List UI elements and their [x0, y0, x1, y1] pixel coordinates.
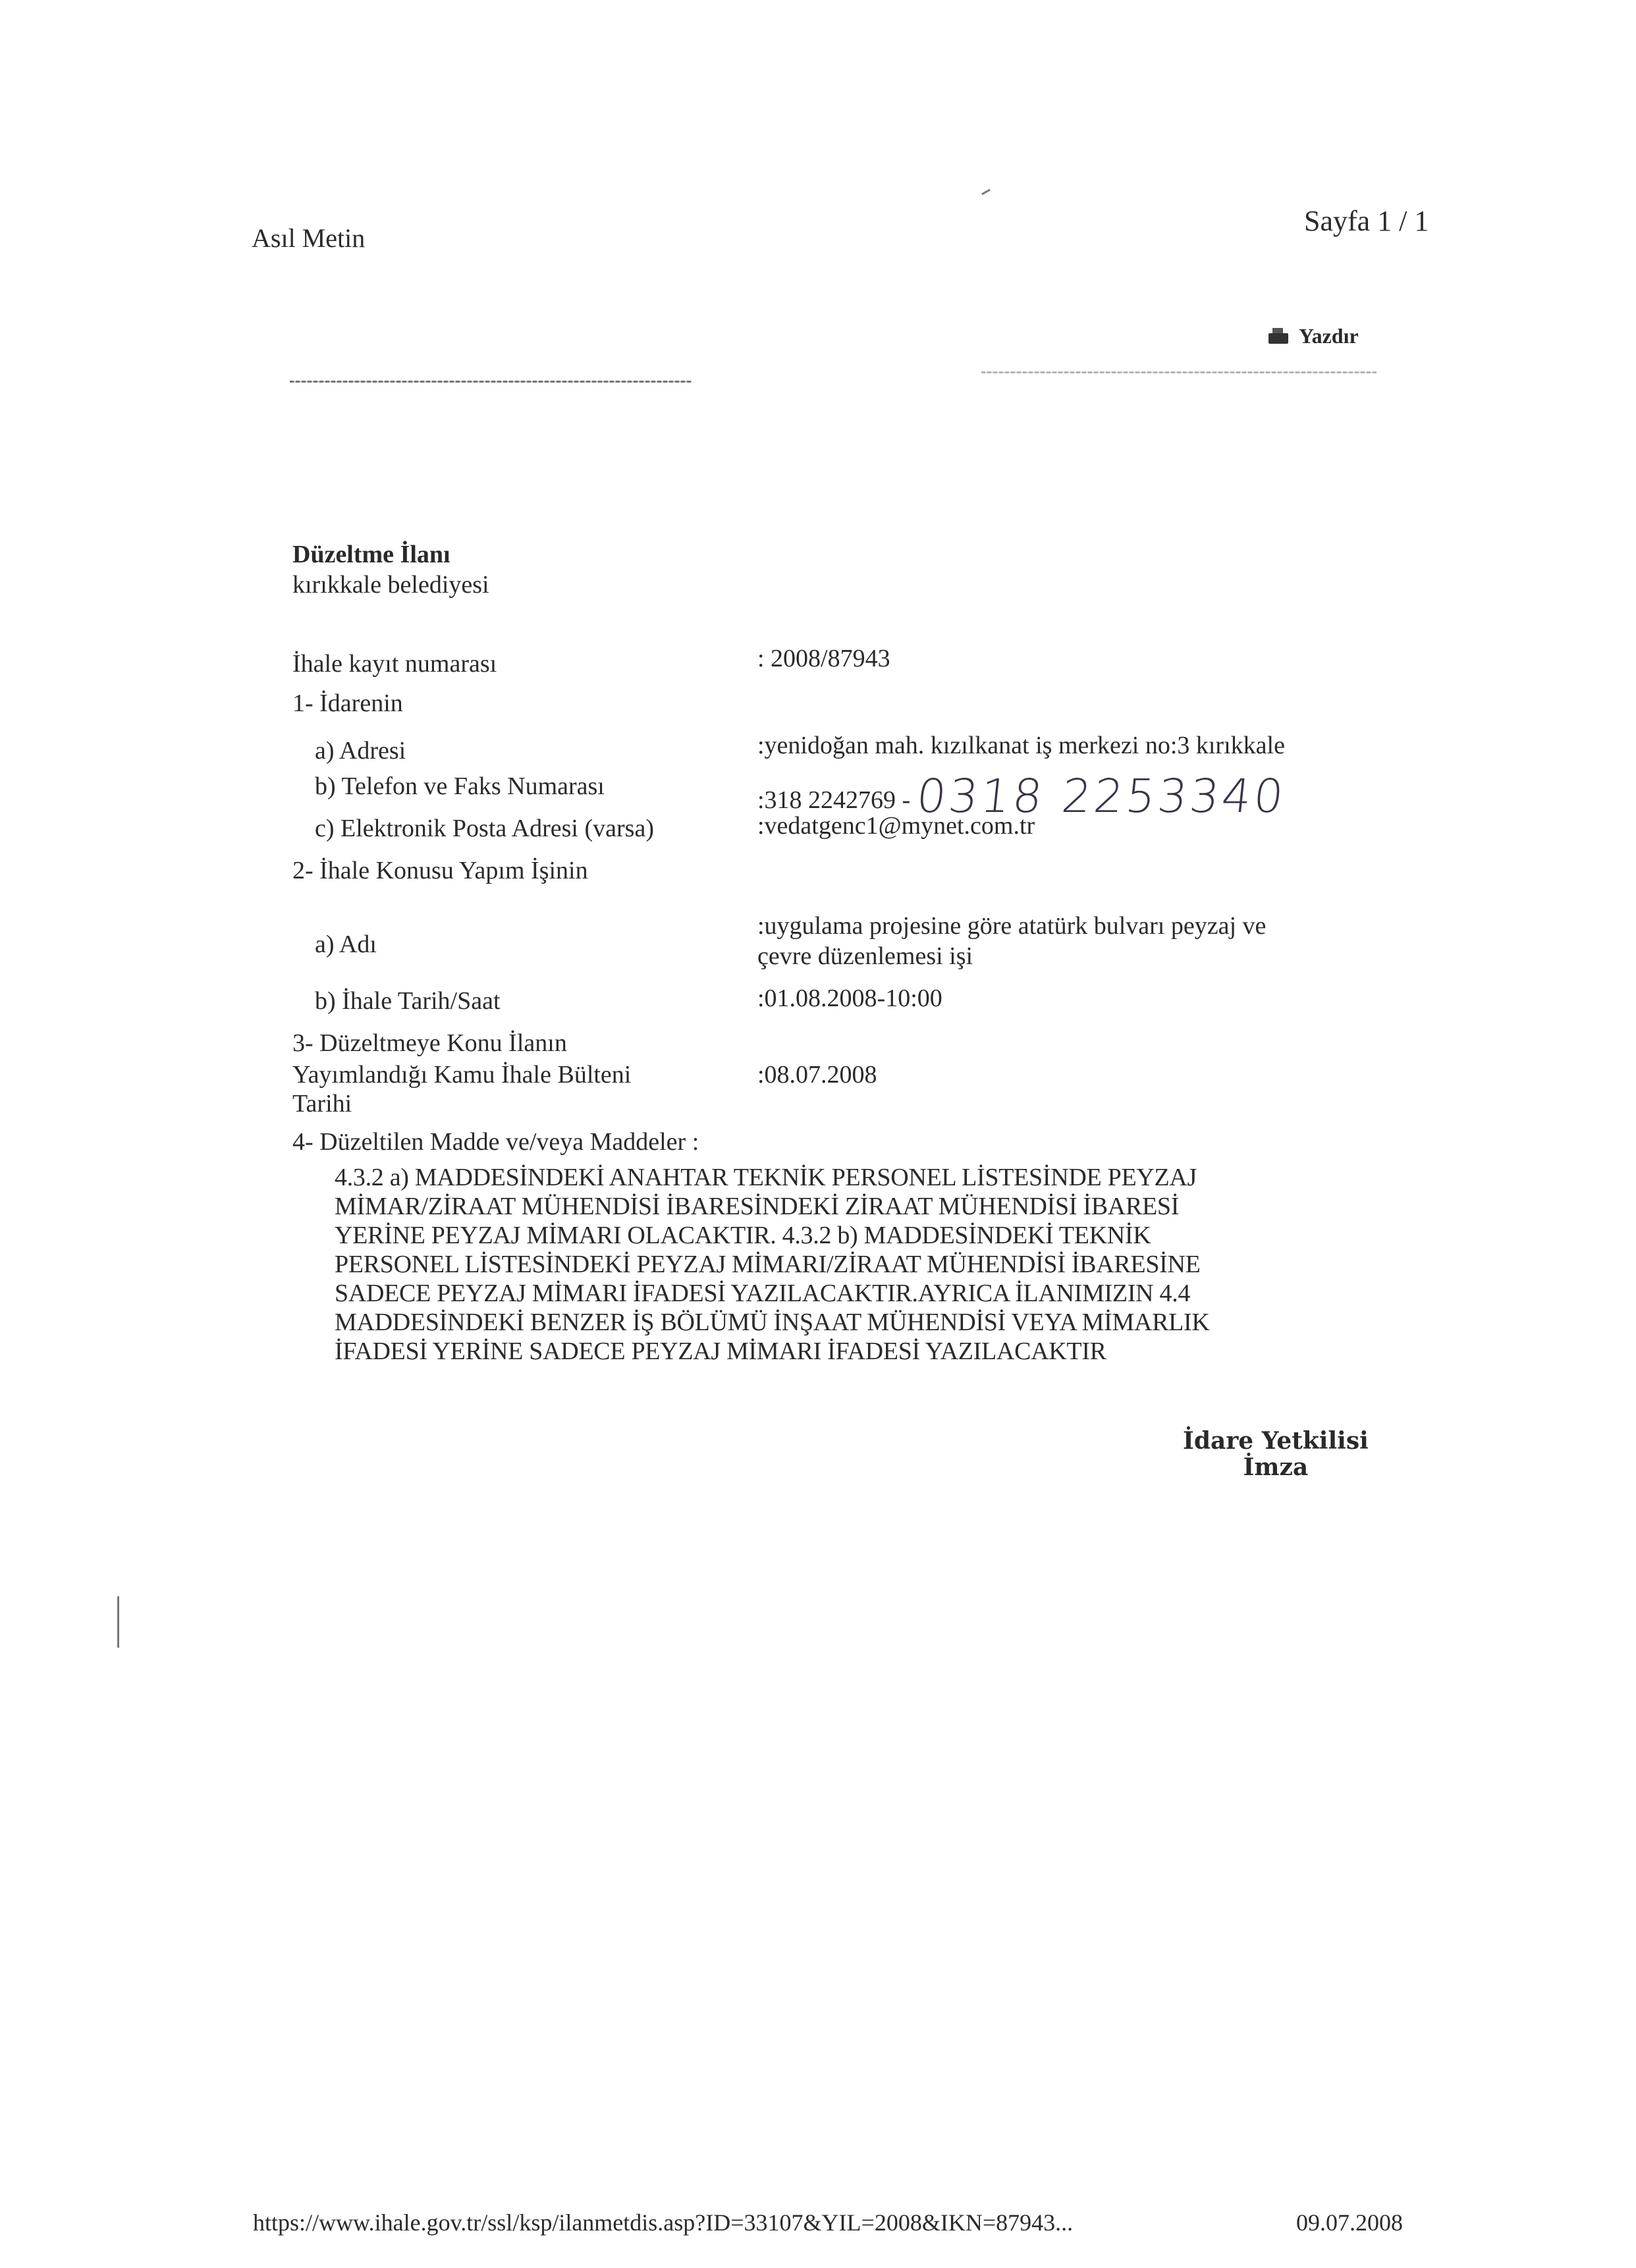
section-1-heading: 1- İdarenin	[292, 689, 403, 718]
amendment-line: YERİNE PEYZAJ MİMARI OLACAKTIR. 4.3.2 b)…	[335, 1221, 1402, 1250]
section-4-heading: 4- Düzeltilen Madde ve/veya Maddeler :	[292, 1127, 699, 1156]
page-indicator: Sayfa 1 / 1	[1304, 204, 1429, 238]
registration-value: : 2008/87943	[757, 644, 890, 673]
signature-label: İmza	[1183, 1454, 1369, 1480]
address-label: a) Adresi	[315, 736, 406, 765]
print-date: 09.07.2008	[1296, 2209, 1403, 2236]
print-label: Yazdır	[1299, 324, 1359, 348]
amendment-text: 4.3.2 a) MADDESİNDEKİ ANAHTAR TEKNİK PER…	[335, 1163, 1402, 1366]
section-3-heading-line2: Yayımlandığı Kamu İhale Bülteni	[292, 1060, 631, 1089]
date-label: b) İhale Tarih/Saat	[315, 986, 501, 1015]
scan-artifact	[981, 189, 991, 196]
amendment-line: SADECE PEYZAJ MİMARI İFADESİ YAZILACAKTI…	[335, 1279, 1402, 1308]
section-3-heading-line1: 3- Düzeltmeye Konu İlanın	[292, 1029, 567, 1058]
email-label: c) Elektronik Posta Adresi (varsa)	[315, 814, 654, 843]
header-divider-left	[290, 381, 692, 383]
name-value-line2: çevre düzenlemesi işi	[757, 942, 973, 971]
source-url[interactable]: https://www.ihale.gov.tr/ssl/ksp/ilanmet…	[253, 2209, 1073, 2236]
phone-label: b) Telefon ve Faks Numarası	[315, 772, 605, 801]
amendment-line: 4.3.2 a) MADDESİNDEKİ ANAHTAR TEKNİK PER…	[335, 1163, 1402, 1192]
address-value: :yenidoğan mah. kızılkanat iş merkezi no…	[757, 731, 1285, 760]
printer-icon	[1265, 327, 1291, 346]
email-value: :vedatgenc1@mynet.com.tr	[757, 811, 1035, 840]
print-button[interactable]: Yazdır	[1265, 324, 1359, 348]
scan-artifact	[117, 1596, 119, 1648]
notice-title: Düzeltme İlanı	[292, 540, 450, 569]
amendment-line: PERSONEL LİSTESİNDEKİ PEYZAJ MİMARI/ZİRA…	[335, 1250, 1402, 1279]
amendment-line: İFADESİ YERİNE SADECE PEYZAJ MİMARI İFAD…	[335, 1337, 1402, 1366]
signature-title: İdare Yetkilisi	[1183, 1428, 1369, 1454]
name-value-line1: :uygulama projesine göre atatürk bulvarı…	[757, 911, 1266, 940]
header-divider-right	[981, 371, 1377, 373]
bulletin-date-value: :08.07.2008	[757, 1060, 877, 1089]
section-3-heading-line3: Tarihi	[292, 1089, 352, 1118]
name-label: a) Adı	[315, 930, 377, 959]
section-2-heading: 2- İhale Konusu Yapım İşinin	[292, 856, 588, 885]
phone-value: :318 2242769 -	[757, 786, 910, 814]
date-value: :01.08.2008-10:00	[757, 984, 942, 1013]
notice-issuer: kırıkkale belediyesi	[292, 570, 489, 599]
registration-label: İhale kayıt numarası	[292, 649, 497, 678]
document-type-label: Asıl Metin	[252, 223, 365, 254]
amendment-line: MADDESİNDEKİ BENZER İŞ BÖLÜMÜ İNŞAAT MÜH…	[335, 1308, 1402, 1337]
amendment-line: MİMAR/ZİRAAT MÜHENDİSİ İBARESİNDEKİ ZİRA…	[335, 1192, 1402, 1221]
signature-block: İdare Yetkilisi İmza	[1183, 1428, 1369, 1480]
